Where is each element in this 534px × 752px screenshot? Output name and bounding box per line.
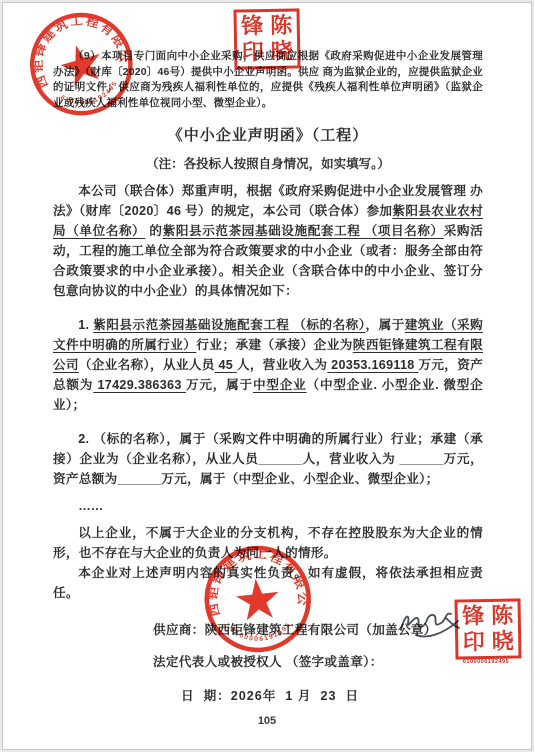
page-number: 105 <box>3 715 531 727</box>
item2-paragraph: 2. （标的名称），属于（采购文件中明确的所属行业）行业；承建（承 接）企业为（… <box>53 429 483 489</box>
name-seal-char: 锋 <box>238 13 267 40</box>
document-title: 《中小企业声明函》（工程） <box>53 124 483 145</box>
responsibility-paragraph: 本企业对上述声明内容的真实性负责。如有虚假，将依法承担相应责 任。 <box>53 563 483 603</box>
name-seal-number: 6100006192495 <box>452 659 520 665</box>
name-seal-char: 陈 <box>488 602 517 629</box>
document-content: （9）本项目专门面向中小企业采购，供应商应根据《政府采购促进中小企业发展管理办法… <box>53 49 483 704</box>
document-page-background: { "notice": { "text": "（9）本项目专门面向中小企业采购，… <box>0 0 534 752</box>
fill-instruction-note: （注：各投标人按照自身情况，如实填写。） <box>53 154 483 172</box>
name-seal-char: 陈 <box>267 12 296 39</box>
declaration-paragraph: 本公司（联合体）郑重声明，根据《政府采购促进中小企业发展管理 办法》（财库〔20… <box>53 181 483 301</box>
date-line: 日 期：2026年 1 月 23 日 <box>53 685 483 704</box>
legal-representative-line: 法定代表人或被授权人 （签字或盖章）： <box>53 651 483 670</box>
name-seal-char: 晓 <box>488 628 517 655</box>
ellipsis-line: …… <box>53 499 483 513</box>
supplier-line: 供应商：陕西钜锋建筑工程有限公司（加盖公章） <box>53 619 483 638</box>
document-page: （9）本项目专门面向中小企业采购，供应商应根据《政府采购促进中小企业发展管理办法… <box>2 2 532 750</box>
item1-paragraph: 1. 紫阳县示范茶园基础设施配套工程 （标的名称），属于建筑业（采购文件中明确的… <box>53 315 483 415</box>
no-big-enterprise-paragraph: 以上企业，不属于大企业的分支机构，不存在控股股东为大企业的情 形，也不存在与大企… <box>53 523 483 563</box>
notice-paragraph: （9）本项目专门面向中小企业采购，供应商应根据《政府采购促进中小企业发展管理办法… <box>53 49 483 111</box>
